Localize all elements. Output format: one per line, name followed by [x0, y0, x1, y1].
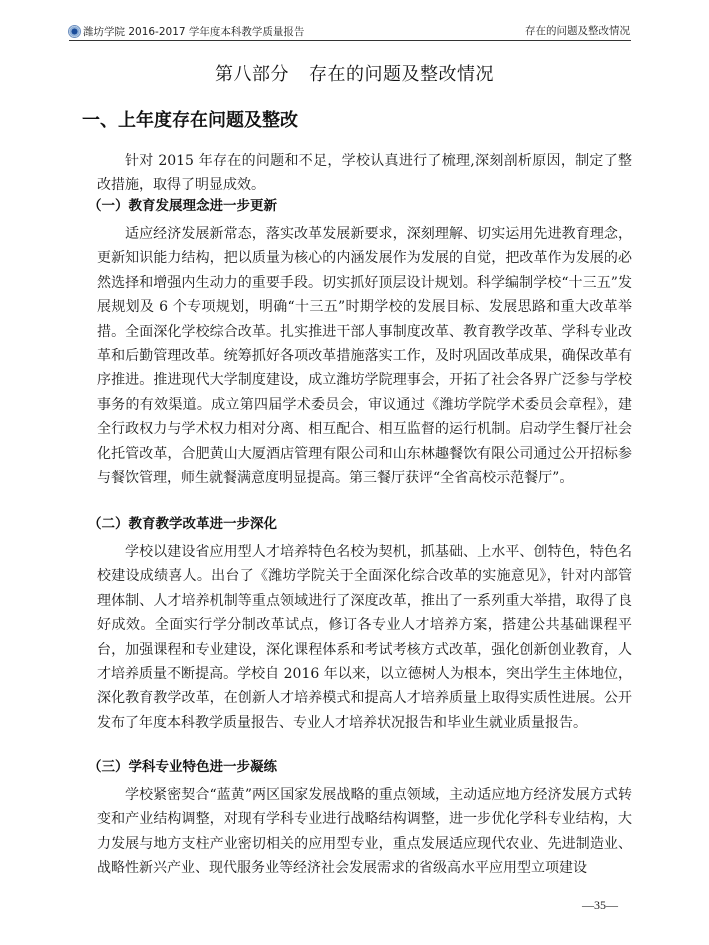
header-left: 潍坊学院 2016-2017 学年度本科教学质量报告 [68, 24, 304, 39]
intro-paragraph: 针对 2015 年存在的问题和不足，学校认真进行了梳理,深刻剖析原因，制定了整改… [97, 149, 632, 198]
header-divider-right [460, 40, 631, 41]
subsection-heading-3: （三）学科专业特色进一步凝练 [88, 755, 277, 775]
subsection-heading-1: （一）教育发展理念进一步更新 [88, 194, 277, 214]
title-text: 存在的问题及整改情况 [309, 64, 494, 85]
header-divider [69, 40, 460, 41]
subsection-body-3: 学校紧密契合“蓝黄”两区国家发展战略的重点领域，主动适应地方经济发展方式转变和产… [97, 783, 632, 881]
section-heading: 一、上年度存在问题及整改 [82, 106, 298, 132]
subsection-body-2: 学校以建设省应用型人才培养特色名校为契机，抓基础、上水平、创特色，特色名校建设成… [97, 540, 632, 735]
page-title: 第八部分存在的问题及整改情况 [0, 60, 709, 86]
university-logo-icon [68, 25, 81, 38]
subsection-body-1: 适应经济发展新常态，落实改革发展新要求，深刻理解、切实运用先进教育理念，更新知识… [97, 222, 632, 490]
subsection-heading-2: （二）教育教学改革进一步深化 [88, 512, 277, 532]
title-part: 第八部分 [215, 64, 289, 85]
document-page: 潍坊学院 2016-2017 学年度本科教学质量报告 存在的问题及整改情况 第八… [0, 0, 709, 945]
running-header: 潍坊学院 2016-2017 学年度本科教学质量报告 [68, 20, 460, 42]
header-report-title: 潍坊学院 2016-2017 学年度本科教学质量报告 [83, 24, 304, 39]
page-number: —35— [582, 898, 618, 913]
header-chapter-title: 存在的问题及整改情况 [525, 20, 630, 42]
